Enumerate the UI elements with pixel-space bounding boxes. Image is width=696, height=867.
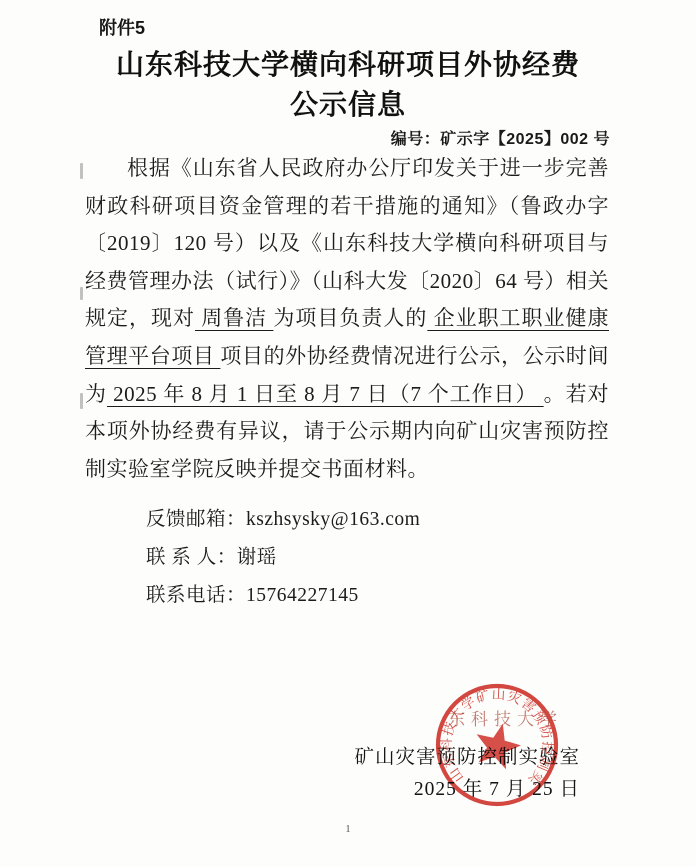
contact-person-line: 联 系 人：谢瑶 <box>146 539 420 577</box>
body-text-segment: 周鲁洁 <box>195 306 273 330</box>
feedback-email-line: 反馈邮箱：kszhsysky@163.com <box>146 501 420 539</box>
body-paragraph: 根据《山东省人民政府办公厅印发关于进一步完善财政科研项目资金管理的若干措施的通知… <box>85 150 609 488</box>
document-title-line1: 山东科技大学横向科研项目外协经费 <box>0 46 696 86</box>
seal-ghost-text: 东科技大学 <box>448 705 563 730</box>
body-text-segment: 根据《山东省人民政府办公厅印发关于进一步完善财政科研项目资金管理的若干措施的通知… <box>85 156 609 330</box>
signature-block: 矿山灾害预防控制实验室 2025 年 7 月 25 日 <box>354 742 580 806</box>
body-text-segment: 为项目负责人的 <box>273 306 427 330</box>
scan-artifact <box>80 393 83 409</box>
page-number: 1 <box>0 824 696 835</box>
scan-artifact <box>80 287 83 300</box>
document-page: 附件5 山东科技大学横向科研项目外协经费 公示信息 编号：矿示字【2025】00… <box>0 0 696 867</box>
doc-number: 编号：矿示字【2025】002 号 <box>391 126 610 149</box>
signature-org: 矿山灾害预防控制实验室 <box>354 742 580 774</box>
document-title-line2: 公示信息 <box>0 86 696 126</box>
body-text-segment: 2025 年 8 月 1 日至 8 月 7 日（7 个工作日） <box>107 382 544 406</box>
signature-date: 2025 年 7 月 25 日 <box>354 774 580 806</box>
document-title: 山东科技大学横向科研项目外协经费 公示信息 <box>0 46 696 126</box>
attachment-label: 附件5 <box>99 14 145 40</box>
contact-phone-line: 联系电话：15764227145 <box>146 577 420 615</box>
scan-artifact <box>80 163 83 179</box>
contact-block: 反馈邮箱：kszhsysky@163.com 联 系 人：谢瑶 联系电话：157… <box>146 501 420 616</box>
